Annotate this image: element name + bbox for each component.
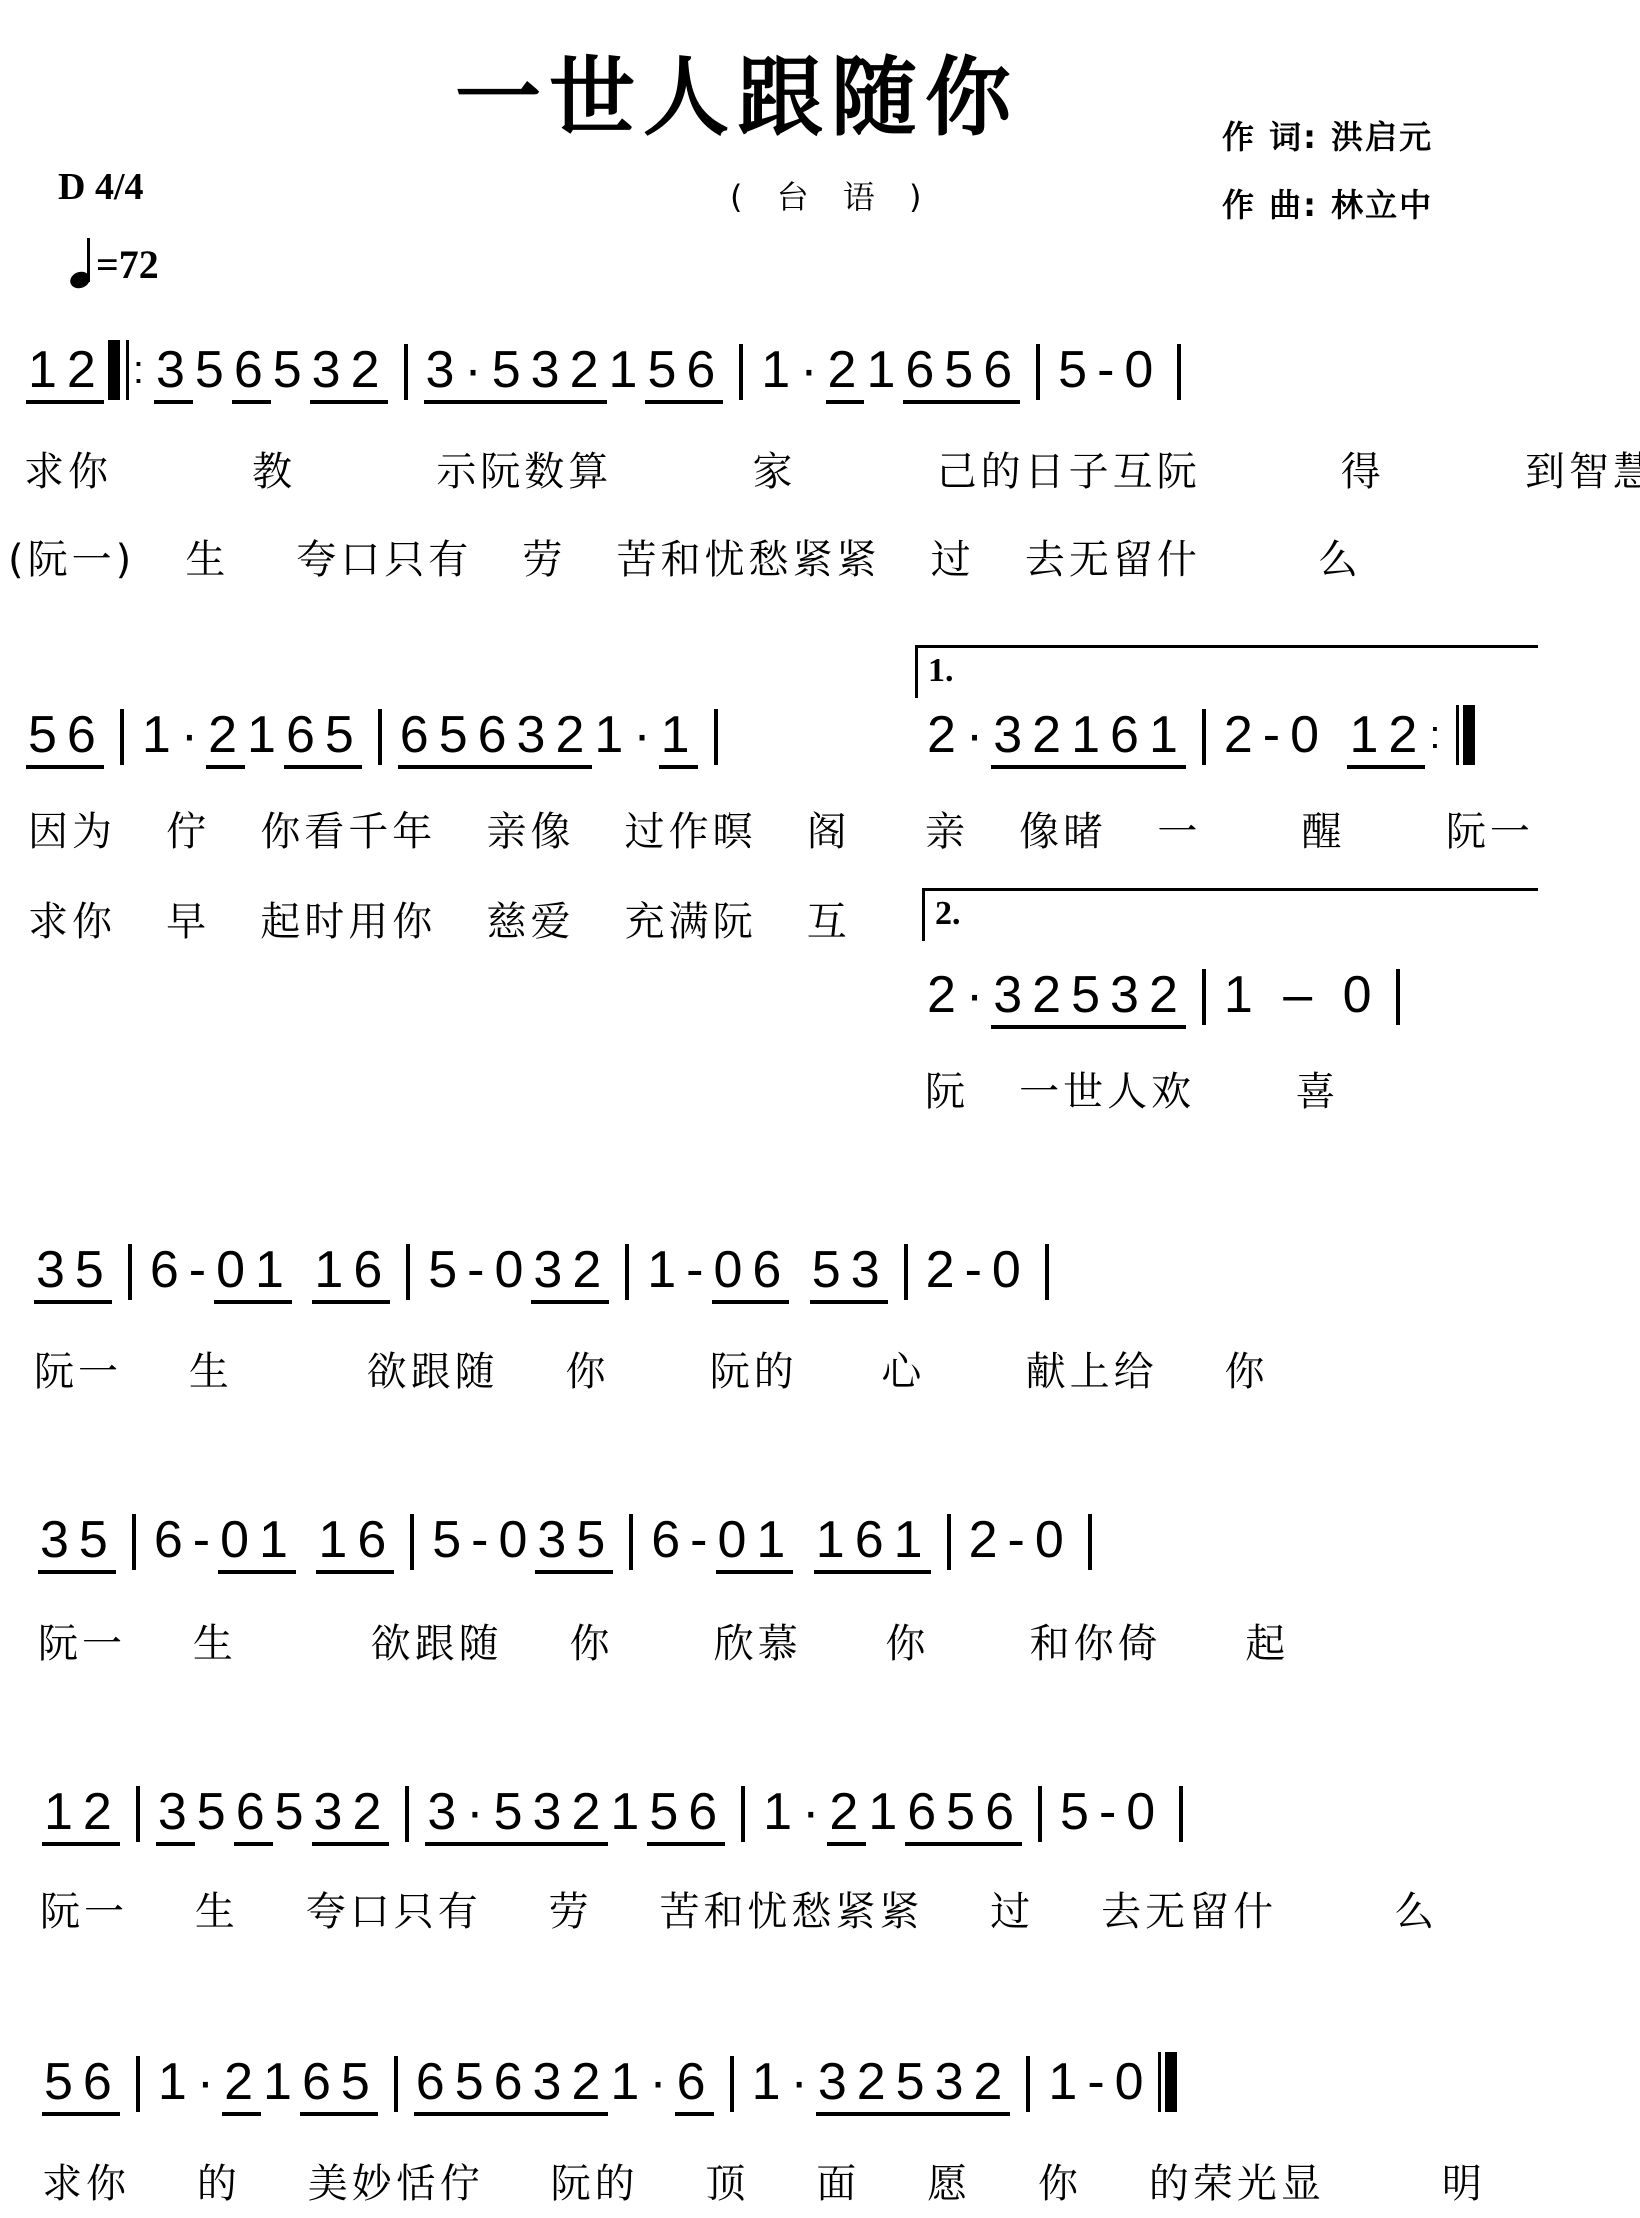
rest: 0 (1113, 2052, 1152, 2112)
volta-bracket-1: 1. (915, 645, 1538, 698)
dot: · (179, 705, 206, 765)
volta-1-lyrics: 亲 像暏 一 醒 阮一 (925, 800, 1534, 857)
rest: 0 (492, 1240, 531, 1300)
barline (1158, 2052, 1161, 2112)
note: 5 (894, 2052, 933, 2116)
lyrics-line-3: 阮一 生 欲跟随 你 阮的 心 献上给 你 (34, 1340, 1268, 1397)
note: 6 (1108, 705, 1147, 769)
barline (136, 2056, 140, 2112)
note: 6 (492, 2052, 531, 2116)
repeat-start-barline (108, 340, 120, 400)
rest: 0 (1341, 965, 1380, 1025)
note: 6 (300, 2052, 339, 2116)
dot: · (964, 965, 991, 1025)
note: 6 (234, 1782, 273, 1846)
barline (410, 1514, 414, 1570)
note: 5 (323, 705, 362, 769)
lyric: 面 (816, 2161, 860, 2207)
lyric: 起 (1245, 1621, 1289, 1667)
volta-bracket-2: 2. (922, 888, 1538, 941)
note: 1 (1222, 965, 1261, 1025)
barline (1036, 344, 1040, 400)
note: 5 (490, 340, 529, 404)
note: 3 (849, 1240, 888, 1304)
note: 1 (312, 1240, 351, 1304)
note: 1 (261, 2052, 300, 2112)
composer-label: 作 曲: (1222, 186, 1318, 224)
note: 2 (553, 705, 592, 769)
note: 1 (864, 340, 903, 400)
barline (625, 1244, 629, 1300)
barline (1045, 1244, 1049, 1300)
lyric: 和你倚 (1030, 1621, 1162, 1667)
note: 3 (1108, 965, 1147, 1029)
lyric: 起时用你 (260, 899, 436, 945)
dash: - (1261, 705, 1288, 765)
note: 6 (232, 340, 271, 404)
note: 5 (1058, 1782, 1097, 1842)
barline (947, 1514, 951, 1570)
dot: · (800, 1782, 827, 1842)
note: 3 (531, 1782, 570, 1846)
barline (714, 709, 718, 765)
barline (1456, 705, 1459, 765)
lyric: 你 (1038, 2161, 1082, 2207)
lyric: 明 (1442, 2161, 1486, 2207)
note: 1 (1147, 705, 1186, 769)
lyric: 你 (885, 1621, 929, 1667)
note: 2 (350, 1782, 389, 1846)
rest: 0 (1288, 705, 1327, 765)
note: 5 (437, 705, 476, 769)
lyric: 愿 (927, 2161, 971, 2207)
lyric: 劳 (549, 1889, 593, 1935)
note: 6 (152, 1510, 191, 1570)
barline (128, 1244, 132, 1300)
lyric: 过 (931, 537, 975, 583)
volta-2-lyrics: 阮 一世人欢 喜 (925, 1060, 1339, 1117)
dot: · (464, 1782, 491, 1846)
lyric: 顶 (705, 2161, 749, 2207)
dash: - (465, 1240, 492, 1300)
note: 3 (310, 340, 349, 404)
repeat-dots: : (133, 340, 150, 400)
barline (1026, 2056, 1030, 2112)
note: 1 (754, 1510, 793, 1574)
note: 3 (34, 1240, 73, 1304)
lyrics-line-2b: 求你 早 起时用你 慈爱 充满阮 互 (28, 890, 851, 947)
lyric: 示阮数算 (436, 449, 612, 495)
note: 1 (1069, 705, 1108, 769)
note: 2 (827, 1782, 866, 1846)
lyric: 慈爱 (486, 899, 574, 945)
dash: - (469, 1510, 496, 1570)
note: 1 (608, 1782, 647, 1842)
note: 6 (81, 2052, 120, 2116)
note: 6 (853, 1510, 892, 1574)
note: 6 (476, 705, 515, 769)
barline (126, 340, 129, 400)
note: 1 (761, 1782, 800, 1842)
note: 2 (855, 2052, 894, 2116)
note: 1 (814, 1510, 853, 1574)
lyric: 求你 (28, 899, 116, 945)
note: 5 (273, 1782, 312, 1842)
note: 6 (675, 2052, 714, 2116)
lyric: 阮的 (710, 1349, 798, 1395)
barline (741, 1786, 745, 1842)
lyric: 得 (1341, 449, 1385, 495)
note: 2 (569, 1782, 608, 1846)
note: 3 (535, 1510, 574, 1574)
note: 3 (154, 340, 193, 404)
note: 1 (892, 1510, 931, 1574)
key-signature: D 4/4 (58, 165, 144, 209)
score-line-2: 56 1·2165 656321·1 (26, 705, 734, 769)
note: 2 (569, 2052, 608, 2116)
lyric: 一世人欢 (1019, 1069, 1195, 1115)
lyric: 么 (1318, 537, 1362, 583)
note: 5 (42, 2052, 81, 2116)
note: 6 (414, 2052, 453, 2116)
barline (136, 1786, 140, 1842)
volta-2-notes: 2·32532 1 – 0 (925, 965, 1416, 1029)
note: 1 (750, 2052, 789, 2112)
barline (1177, 344, 1181, 400)
note: 1 (1347, 705, 1386, 769)
note: 2 (1222, 705, 1261, 765)
lyric: 阮一 (34, 1349, 122, 1395)
rest: 0 (214, 1240, 253, 1304)
repeat-end-barline (1463, 705, 1475, 765)
barline (1202, 709, 1206, 765)
lyrics-line-1b: (阮一) 生 夸口只有 劳 苦和忧愁紧紧 过 去无留什 么 (8, 528, 1362, 585)
note: 2 (206, 705, 245, 769)
dot: · (798, 340, 825, 400)
rest: 0 (990, 1240, 1029, 1300)
dot: · (788, 2052, 815, 2112)
note: 1 (1046, 2052, 1085, 2112)
barline (730, 2056, 734, 2112)
note: 3 (425, 1782, 464, 1846)
barline (132, 1514, 136, 1570)
note: 5 (574, 1510, 613, 1574)
note: 3 (531, 1240, 570, 1304)
lyric: 一 (1157, 809, 1201, 855)
note: 1 (140, 705, 179, 765)
note: 2 (925, 705, 964, 765)
lyric: 苦和忧愁紧紧 (659, 1889, 923, 1935)
lyric: 你看千年 (260, 809, 436, 855)
note: 1 (316, 1510, 355, 1574)
score-line-1: 12 : 356532 3·532156 1·21656 5-0 (26, 340, 1197, 404)
dash: - (688, 1510, 715, 1570)
dot: · (195, 2052, 222, 2112)
lyric: 阮 (925, 1069, 969, 1115)
dash: - (1097, 1782, 1124, 1842)
note: 3 (531, 2052, 570, 2116)
barline (739, 344, 743, 400)
note: 6 (750, 1240, 789, 1304)
lyric: 夸口只有 (296, 537, 472, 583)
note: 2 (570, 1240, 609, 1304)
repeat-dots: : (1429, 705, 1446, 765)
note: 6 (148, 1240, 187, 1300)
lyric: 家 (752, 449, 796, 495)
note: 5 (77, 1510, 116, 1574)
note: 6 (649, 1510, 688, 1570)
note: 6 (65, 705, 104, 769)
note: 1 (245, 705, 284, 765)
rest: 0 (496, 1510, 535, 1570)
barline (904, 1244, 908, 1300)
lyric: 佇 (166, 809, 210, 855)
note: 2 (925, 965, 964, 1025)
note: 5 (492, 1782, 531, 1846)
note: 1 (257, 1510, 296, 1574)
half-note-icon (70, 240, 92, 288)
lyric: 欲跟随 (371, 1621, 503, 1667)
note: 3 (816, 2052, 855, 2116)
lyrics-line-5: 阮一 生 夸口只有 劳 苦和忧愁紧紧 过 去无留什 么 (40, 1880, 1438, 1937)
dot: · (462, 340, 489, 404)
rest: 0 (218, 1510, 257, 1574)
dash: - (187, 1240, 214, 1300)
note: 1 (156, 2052, 195, 2112)
note: 5 (73, 1240, 112, 1304)
lyric: 苦和忧愁紧紧 (617, 537, 881, 583)
note: 5 (453, 2052, 492, 2116)
rest: 0 (1122, 340, 1161, 400)
lyric: 亲 (925, 809, 969, 855)
lyric: 生 (189, 1349, 233, 1395)
barline (394, 2056, 398, 2112)
note: 1 (26, 340, 65, 404)
dot: · (647, 2052, 674, 2112)
note: 2 (967, 1510, 1006, 1570)
note: 1 (42, 1782, 81, 1846)
volta-label: 1. (928, 652, 954, 690)
note: 3 (156, 1782, 195, 1846)
dot: · (631, 705, 658, 765)
note: 2 (826, 340, 865, 404)
note: 2 (65, 340, 104, 404)
barline (378, 709, 382, 765)
lyric: 生 (193, 1621, 237, 1667)
score-line-4: 35 6-01 16 5-035 6-01 161 2-0 (38, 1510, 1108, 1574)
lyric: 醒 (1302, 809, 1346, 855)
note: 5 (645, 340, 684, 404)
note: 5 (647, 1782, 686, 1846)
lyric: 亲像 (486, 809, 574, 855)
lyric: 去无留什 (1101, 1889, 1277, 1935)
lyric: 像暏 (1019, 809, 1107, 855)
lyric: 欲跟随 (367, 1349, 499, 1395)
note: 1 (866, 1782, 905, 1842)
note: 5 (942, 340, 981, 404)
note: 6 (355, 1510, 394, 1574)
note: 3 (424, 340, 463, 404)
note: 2 (222, 2052, 261, 2116)
barline (1088, 1514, 1092, 1570)
note: 2 (924, 1240, 963, 1300)
lyrics-line-6: 求你 的 美妙恬佇 阮的 顶 面 愿 你 的荣光显 明 (42, 2152, 1486, 2209)
barline (404, 344, 408, 400)
note: 6 (905, 1782, 944, 1846)
note: 2 (972, 2052, 1011, 2116)
note: 5 (339, 2052, 378, 2116)
dash: - (684, 1240, 711, 1300)
barline (405, 1786, 409, 1842)
barline (406, 1244, 410, 1300)
note: 6 (684, 340, 723, 404)
score-line-6: 56 1·2165 656321·6 1·32532 1-0 (42, 2052, 1177, 2116)
composer-credit: 作 曲: 林立中 (1222, 180, 1433, 226)
rest: 0 (716, 1510, 755, 1574)
lyric: 生 (185, 537, 229, 583)
lyric: 么 (1394, 1889, 1438, 1935)
lyric: 阮一 (1446, 809, 1534, 855)
lyric: 夸口只有 (306, 1889, 482, 1935)
dash: - (1095, 340, 1122, 400)
lyric: 教 (252, 449, 296, 495)
lyric: 早 (166, 899, 210, 945)
lyricist-label: 作 词: (1222, 118, 1318, 156)
lyric: 你 (1224, 1349, 1268, 1395)
barline (1038, 1786, 1042, 1842)
note: 1 (607, 340, 646, 400)
lyric: 求你 (42, 2161, 130, 2207)
lyric: 劳 (522, 537, 566, 583)
dot: · (964, 705, 991, 765)
lyric: 阁 (807, 809, 851, 855)
note: 2 (349, 340, 388, 404)
rest: 0 (1033, 1510, 1072, 1570)
note: 6 (903, 340, 942, 404)
lyric: 献上给 (1026, 1349, 1158, 1395)
note: 6 (398, 705, 437, 769)
note: 1 (645, 1240, 684, 1300)
song-title: 一世人跟随你 (455, 28, 1019, 152)
note: 6 (983, 1782, 1022, 1846)
dash: - (1085, 2052, 1112, 2112)
lyrics-line-4: 阮一 生 欲跟随 你 欣慕 你 和你倚 起 (38, 1612, 1289, 1669)
note: 3 (515, 705, 554, 769)
note: 2 (1147, 965, 1186, 1029)
note: 5 (26, 705, 65, 769)
lyric: (阮一) (8, 537, 135, 583)
note: 1 (659, 705, 698, 769)
note: 2 (81, 1782, 120, 1846)
barline (1202, 969, 1206, 1025)
note: 5 (193, 340, 232, 400)
language-note: ( 台 语 ) (730, 172, 934, 218)
lyric: 因为 (28, 809, 116, 855)
note: 2 (1030, 965, 1069, 1029)
note: 3 (529, 340, 568, 404)
tempo-marking: =72 (70, 240, 159, 288)
lyric: 到智慧的 (1525, 449, 1640, 495)
lyric: 过作暝 (625, 809, 757, 855)
lyric: 美妙恬佇 (308, 2161, 484, 2207)
lyric: 充满阮 (625, 899, 757, 945)
note: 6 (981, 340, 1020, 404)
dash: - (963, 1240, 990, 1300)
volta-label: 2. (935, 895, 961, 933)
dash: - (1005, 1510, 1032, 1570)
lyricist-credit: 作 词: 洪启元 (1222, 112, 1433, 158)
lyric: 心 (881, 1349, 925, 1395)
note: 2 (568, 340, 607, 404)
note: 2 (1386, 705, 1425, 769)
barline (1396, 969, 1400, 1025)
barline (629, 1514, 633, 1570)
note: 5 (426, 1240, 465, 1300)
note: 6 (284, 705, 323, 769)
final-barline (1165, 2052, 1177, 2112)
note: 3 (933, 2052, 972, 2116)
lyric: 求你 (24, 449, 112, 495)
note: 5 (271, 340, 310, 400)
dash: – (1281, 965, 1320, 1025)
lyric: 互 (807, 899, 851, 945)
note: 6 (351, 1240, 390, 1304)
rest: 0 (1124, 1782, 1163, 1842)
note: 1 (759, 340, 798, 400)
lyrics-line-2a: 因为 佇 你看千年 亲像 过作暝 阁 (28, 800, 851, 857)
note: 5 (1056, 340, 1095, 400)
composer-name: 林立中 (1331, 186, 1433, 224)
lyric: 欣慕 (714, 1621, 802, 1667)
lyric: 阮的 (551, 2161, 639, 2207)
note: 5 (944, 1782, 983, 1846)
note: 5 (195, 1782, 234, 1842)
lyric: 生 (195, 1889, 239, 1935)
lyric: 阮一 (40, 1889, 128, 1935)
note: 1 (253, 1240, 292, 1304)
score-line-3: 35 6-01 16 5-032 1-06 53 2-0 (34, 1240, 1065, 1304)
lyricist-name: 洪启元 (1331, 118, 1433, 156)
lyric: 喜 (1295, 1069, 1339, 1115)
note: 1 (592, 705, 631, 765)
note: 5 (430, 1510, 469, 1570)
lyric: 己的日子互阮 (937, 449, 1201, 495)
note: 5 (1069, 965, 1108, 1029)
score-line-5: 12 356532 3·532156 1·21656 5-0 (42, 1782, 1199, 1846)
note: 3 (991, 705, 1030, 769)
note: 5 (810, 1240, 849, 1304)
lyric: 过 (990, 1889, 1034, 1935)
note: 6 (686, 1782, 725, 1846)
lyrics-line-1a: 求你 教 示阮数算 家 己的日子互阮 得 到智慧的 心 (24, 440, 1640, 497)
note: 3 (312, 1782, 351, 1846)
note: 2 (1030, 705, 1069, 769)
lyric: 你 (569, 1621, 613, 1667)
note: 3 (38, 1510, 77, 1574)
tempo-value: =72 (96, 241, 159, 288)
lyric: 的荣光显 (1149, 2161, 1325, 2207)
note: 3 (991, 965, 1030, 1029)
dash: - (191, 1510, 218, 1570)
volta-1-notes: 2·32161 2-0 12 : (925, 705, 1475, 769)
lyric: 阮一 (38, 1621, 126, 1667)
barline (120, 709, 124, 765)
rest: 0 (712, 1240, 751, 1304)
lyric: 去无留什 (1025, 537, 1201, 583)
lyric: 的 (197, 2161, 241, 2207)
barline (1179, 1786, 1183, 1842)
note: 1 (608, 2052, 647, 2112)
